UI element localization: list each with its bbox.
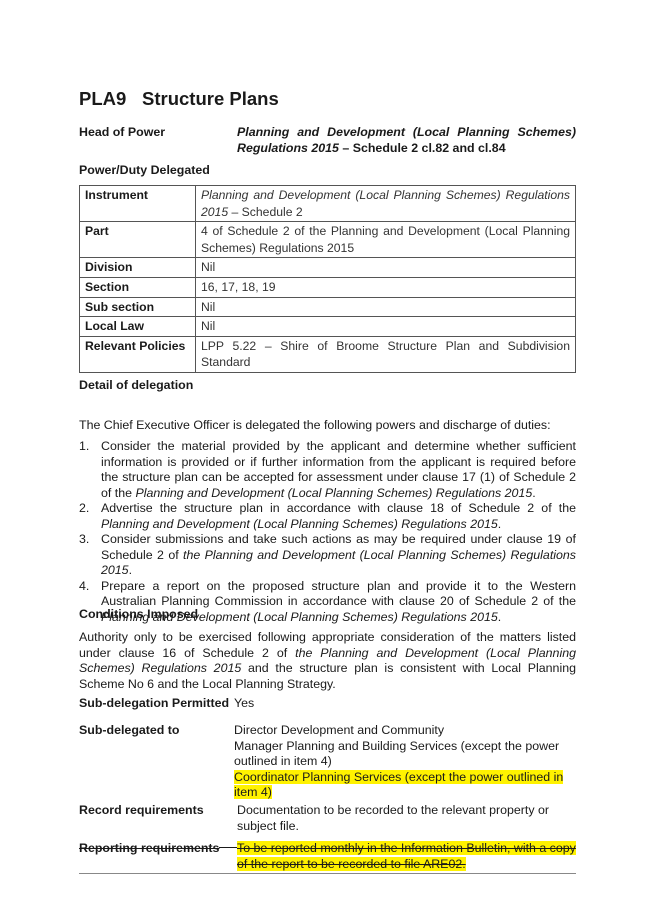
- table-key: Part: [80, 222, 196, 258]
- head-of-power-value: Planning and Development (Local Planning…: [237, 125, 576, 156]
- table-row: DivisionNil: [80, 258, 576, 278]
- table-value: Nil: [196, 297, 576, 317]
- sub-delegated-to-list: Director Development and CommunityManage…: [234, 723, 579, 801]
- sub-delegation-permitted-label: Sub-delegation Permitted: [79, 696, 229, 712]
- table-key: Local Law: [80, 317, 196, 337]
- list-number: 4.: [79, 579, 89, 595]
- instrument-table: InstrumentPlanning and Development (Loca…: [79, 185, 576, 373]
- table-row: Sub sectionNil: [80, 297, 576, 317]
- table-value: Nil: [196, 258, 576, 278]
- table-key: Division: [80, 258, 196, 278]
- table-value: Planning and Development (Local Planning…: [196, 186, 576, 222]
- table-value: LPP 5.22 – Shire of Broome Structure Pla…: [196, 336, 576, 372]
- list-item: 2.Advertise the structure plan in accord…: [79, 501, 576, 532]
- reporting-requirements-label: Reporting requirements: [79, 841, 239, 857]
- table-key: Section: [80, 277, 196, 297]
- sub-delegated-to-label: Sub-delegated to: [79, 723, 180, 739]
- sub-delegate-item: Coordinator Planning Services (except th…: [234, 770, 579, 801]
- detail-of-delegation-heading: Detail of delegation: [79, 378, 193, 394]
- conditions-imposed-heading: Conditions Imposed: [79, 607, 198, 623]
- list-number: 1.: [79, 439, 89, 455]
- delegation-title: Structure Plans: [142, 88, 279, 109]
- conditions-imposed-text: Authority only to be exercised following…: [79, 630, 576, 692]
- table-value: 4 of Schedule 2 of the Planning and Deve…: [196, 222, 576, 258]
- reporting-requirements-value: To be reported monthly in the Informatio…: [237, 841, 582, 872]
- record-requirements-value: Documentation to be recorded to the rele…: [237, 803, 582, 834]
- delegation-intro: The Chief Executive Officer is delegated…: [79, 418, 576, 434]
- list-number: 3.: [79, 532, 89, 548]
- table-key: Sub section: [80, 297, 196, 317]
- table-value: Nil: [196, 317, 576, 337]
- bottom-rule: [79, 873, 576, 874]
- list-item: 3.Consider submissions and take such act…: [79, 532, 576, 579]
- table-key: Relevant Policies: [80, 336, 196, 372]
- sub-delegate-item: Director Development and Community: [234, 723, 579, 739]
- head-of-power-label: Head of Power: [79, 125, 165, 141]
- table-key: Instrument: [80, 186, 196, 222]
- table-row: Relevant PoliciesLPP 5.22 – Shire of Bro…: [80, 336, 576, 372]
- delegation-code: PLA9: [79, 88, 142, 110]
- table-row: Part4 of Schedule 2 of the Planning and …: [80, 222, 576, 258]
- power-duty-delegated-heading: Power/Duty Delegated: [79, 163, 210, 179]
- table-row: Local LawNil: [80, 317, 576, 337]
- page-title: PLA9Structure Plans: [79, 88, 279, 110]
- table-row: InstrumentPlanning and Development (Loca…: [80, 186, 576, 222]
- sub-delegate-item: Manager Planning and Building Services (…: [234, 739, 579, 770]
- sub-delegation-permitted-value: Yes: [234, 696, 579, 712]
- list-item: 1.Consider the material provided by the …: [79, 439, 576, 501]
- table-value: 16, 17, 18, 19: [196, 277, 576, 297]
- list-number: 2.: [79, 501, 89, 517]
- powers-list: 1.Consider the material provided by the …: [79, 439, 576, 625]
- record-requirements-label: Record requirements: [79, 803, 204, 819]
- table-row: Section16, 17, 18, 19: [80, 277, 576, 297]
